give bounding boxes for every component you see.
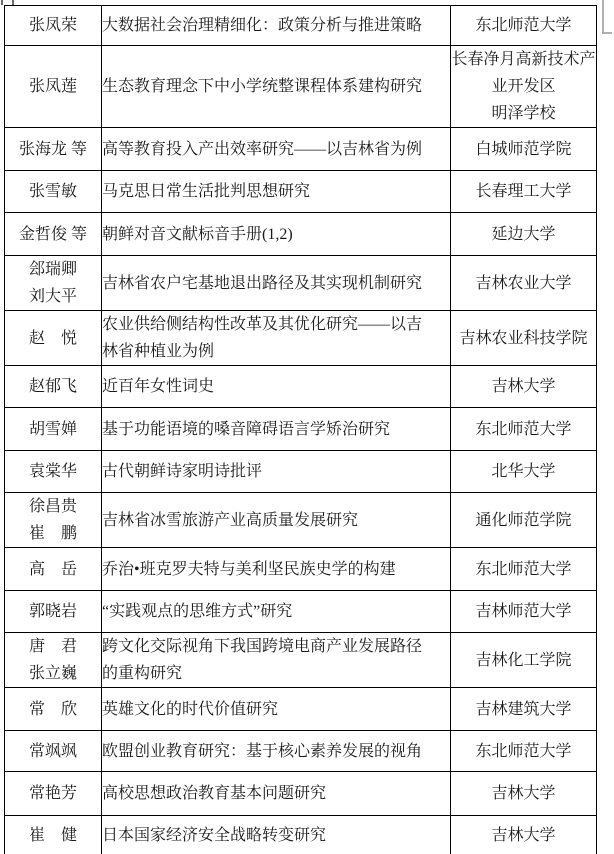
author-cell: 金哲俊 等 [5, 213, 102, 256]
title-cell: 吉林省冰雪旅游产业高质量发展研究 [102, 493, 451, 548]
title-cell: 农业供给侧结构性改革及其优化研究——以吉 林省种植业为例 [102, 311, 451, 366]
title-cell: 欧盟创业教育研究：基于核心素养发展的视角 [102, 731, 451, 772]
table-row: 郭晓岩 “实践观点的思维方式”研究 吉林师范大学 [5, 591, 597, 633]
institution-cell: 长春理工大学 [451, 171, 597, 213]
page-crop-artifact-top-right-vertical [602, 0, 604, 33]
institution-cell: 白城师范学院 [451, 128, 597, 171]
title-cell: 高等教育投入产出效率研究——以吉林省为例 [102, 128, 451, 171]
title-cell: 乔治•班克罗夫特与美利坚民族史学的构建 [102, 548, 451, 591]
table-row: 常 欣 英雄文化的时代价值研究 吉林建筑大学 [5, 688, 597, 731]
institution-cell: 长春净月高新技术产 业开发区 明泽学校 [451, 46, 597, 128]
table-row: 胡雪婵 基于功能语境的嗓音障碍语言学矫治研究 东北师范大学 [5, 408, 597, 451]
author-cell: 徐昌贵 崔 鹏 [5, 493, 102, 548]
author-cell: 郐瑞卿 刘大平 [5, 256, 102, 311]
author-cell: 唐 君 张立巍 [5, 633, 102, 688]
title-cell: 大数据社会治理精细化：政策分析与推进策略 [102, 6, 451, 46]
author-cell: 赵 悦 [5, 311, 102, 366]
page-crop-artifact-top-left-1 [1, 0, 3, 5]
institution-cell: 延边大学 [451, 213, 597, 256]
institution-cell: 吉林大学 [451, 366, 597, 408]
institution-cell: 通化师范学院 [451, 493, 597, 548]
table-row: 张凤莲 生态教育理念下中小学统整课程体系建构研究 长春净月高新技术产 业开发区 … [5, 46, 597, 128]
table-row: 张雪敏 马克思日常生活批判思想研究 长春理工大学 [5, 171, 597, 213]
page-crop-artifact-top-right-horizontal [602, 32, 612, 34]
institution-cell: 吉林大学 [451, 772, 597, 816]
title-cell: “实践观点的思维方式”研究 [102, 591, 451, 633]
author-cell: 张凤莲 [5, 46, 102, 128]
institution-cell: 东北师范大学 [451, 408, 597, 451]
title-cell: 跨文化交际视角下我国跨境电商产业发展路径 的重构研究 [102, 633, 451, 688]
table-row: 常艳芳 高校思想政治教育基本问题研究 吉林大学 [5, 772, 597, 816]
author-cell: 张雪敏 [5, 171, 102, 213]
institution-cell: 吉林师范大学 [451, 591, 597, 633]
title-cell: 吉林省农户宅基地退出路径及其实现机制研究 [102, 256, 451, 311]
title-cell: 古代朝鲜诗家明诗批评 [102, 451, 451, 493]
table-row: 唐 君 张立巍 跨文化交际视角下我国跨境电商产业发展路径 的重构研究 吉林化工学… [5, 633, 597, 688]
author-cell: 袁棠华 [5, 451, 102, 493]
table-row: 崔 健 日本国家经济安全战略转变研究 吉林大学 [5, 816, 597, 854]
institution-cell: 东北师范大学 [451, 548, 597, 591]
author-cell: 常飒飒 [5, 731, 102, 772]
title-cell: 日本国家经济安全战略转变研究 [102, 816, 451, 854]
author-cell: 常艳芳 [5, 772, 102, 816]
table-row: 张海龙 等 高等教育投入产出效率研究——以吉林省为例 白城师范学院 [5, 128, 597, 171]
institution-cell: 东北师范大学 [451, 6, 597, 46]
author-cell: 张凤荣 [5, 6, 102, 46]
author-cell: 崔 健 [5, 816, 102, 854]
table-row: 袁棠华 古代朝鲜诗家明诗批评 北华大学 [5, 451, 597, 493]
institution-cell: 北华大学 [451, 451, 597, 493]
table-row: 常飒飒 欧盟创业教育研究：基于核心素养发展的视角 东北师范大学 [5, 731, 597, 772]
table-row: 赵 悦 农业供给侧结构性改革及其优化研究——以吉 林省种植业为例 吉林农业科技学… [5, 311, 597, 366]
author-cell: 张海龙 等 [5, 128, 102, 171]
table-row: 郐瑞卿 刘大平 吉林省农户宅基地退出路径及其实现机制研究 吉林农业大学 [5, 256, 597, 311]
table-row: 赵郁飞 近百年女性词史 吉林大学 [5, 366, 597, 408]
table-row: 张凤荣 大数据社会治理精细化：政策分析与推进策略 东北师范大学 [5, 6, 597, 46]
title-cell: 英雄文化的时代价值研究 [102, 688, 451, 731]
projects-table-body: 张凤荣 大数据社会治理精细化：政策分析与推进策略 东北师范大学 张凤莲 生态教育… [5, 6, 597, 854]
institution-cell: 东北师范大学 [451, 731, 597, 772]
institution-cell: 吉林化工学院 [451, 633, 597, 688]
title-cell: 生态教育理念下中小学统整课程体系建构研究 [102, 46, 451, 128]
institution-cell: 吉林农业大学 [451, 256, 597, 311]
author-cell: 胡雪婵 [5, 408, 102, 451]
title-cell: 基于功能语境的嗓音障碍语言学矫治研究 [102, 408, 451, 451]
table-row: 高 岳 乔治•班克罗夫特与美利坚民族史学的构建 东北师范大学 [5, 548, 597, 591]
author-cell: 郭晓岩 [5, 591, 102, 633]
projects-table: 张凤荣 大数据社会治理精细化：政策分析与推进策略 东北师范大学 张凤莲 生态教育… [4, 5, 597, 854]
institution-cell: 吉林大学 [451, 816, 597, 854]
title-cell: 近百年女性词史 [102, 366, 451, 408]
author-cell: 赵郁飞 [5, 366, 102, 408]
title-cell: 朝鲜对音文献标音手册(1,2) [102, 213, 451, 256]
table-row: 金哲俊 等 朝鲜对音文献标音手册(1,2) 延边大学 [5, 213, 597, 256]
author-cell: 常 欣 [5, 688, 102, 731]
title-cell: 高校思想政治教育基本问题研究 [102, 772, 451, 816]
title-cell: 马克思日常生活批判思想研究 [102, 171, 451, 213]
document-page: 张凤荣 大数据社会治理精细化：政策分析与推进策略 东北师范大学 张凤莲 生态教育… [0, 0, 614, 854]
table-row: 徐昌贵 崔 鹏 吉林省冰雪旅游产业高质量发展研究 通化师范学院 [5, 493, 597, 548]
institution-cell: 吉林农业科技学院 [451, 311, 597, 366]
author-cell: 高 岳 [5, 548, 102, 591]
institution-cell: 吉林建筑大学 [451, 688, 597, 731]
